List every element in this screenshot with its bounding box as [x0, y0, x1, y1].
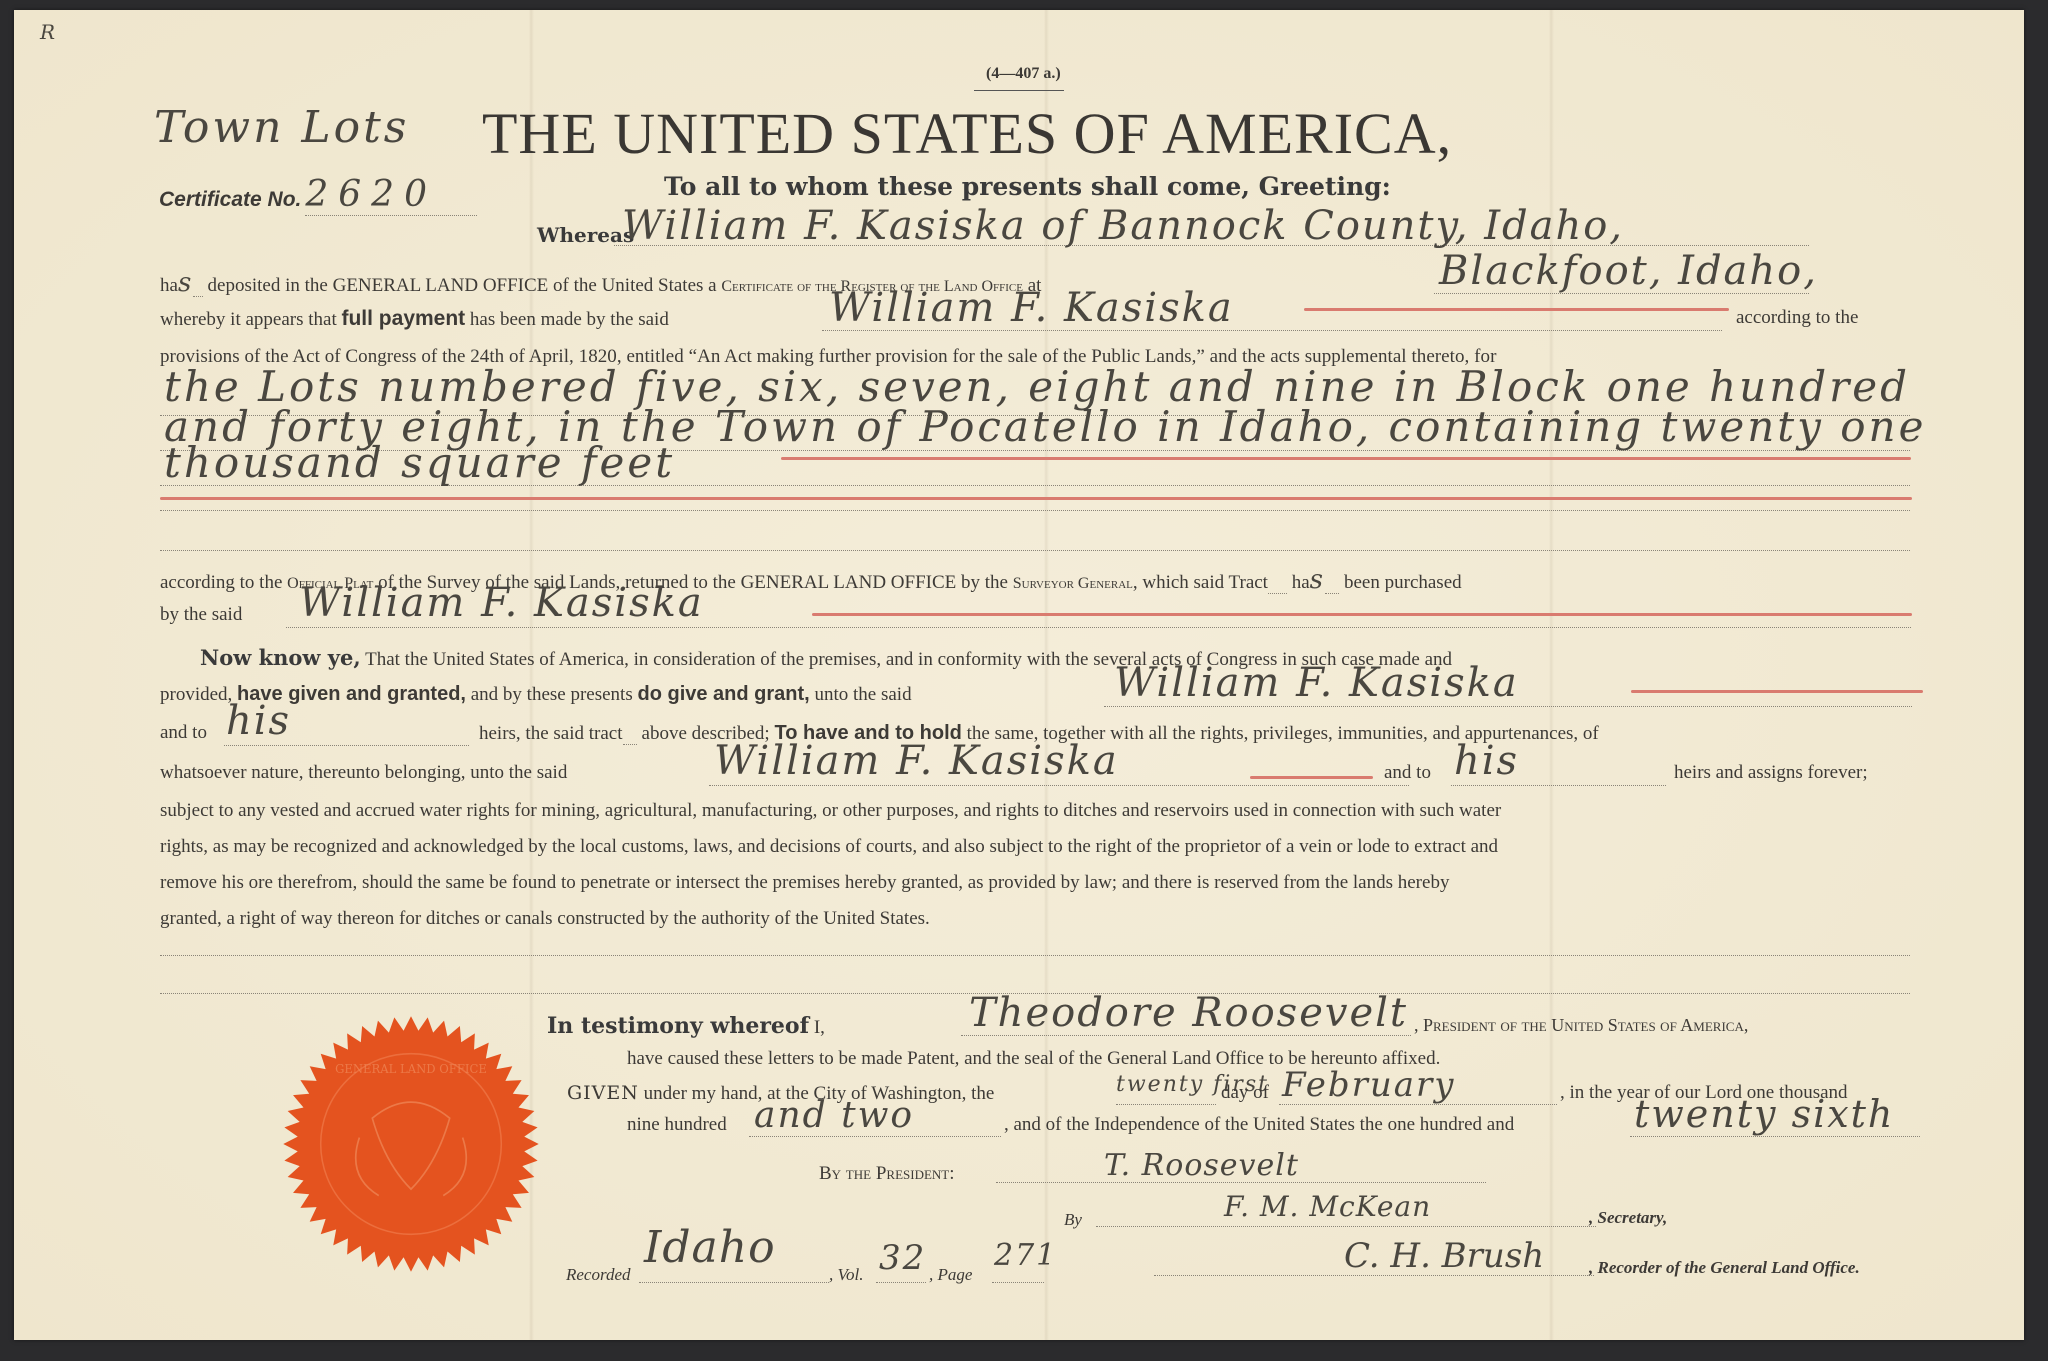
page-title: THE UNITED STATES OF AMERICA,	[482, 100, 1452, 167]
subject-line-3: remove his ore therefrom, should the sam…	[160, 872, 1449, 894]
land-office-location: Blackfoot, Idaho,	[1439, 248, 1818, 294]
by-the-said-label: by the said	[160, 604, 242, 626]
day-of-label: day of	[1221, 1082, 1269, 1104]
president-signature: T. Roosevelt	[1104, 1148, 1299, 1183]
subject-line-1: subject to any vested and accrued water …	[160, 800, 1501, 822]
seal-icon: GENERAL LAND OFFICE	[282, 1015, 540, 1273]
purchaser-name: William F. Kasiska	[299, 580, 704, 626]
heirs-assigns-text: heirs and assigns forever;	[1674, 762, 1868, 784]
recorder-signature: C. H. Brush	[1344, 1236, 1544, 1276]
vol-label: , Vol.	[829, 1265, 863, 1285]
whereas-label: Whereas	[537, 223, 634, 247]
by-label: By	[1064, 1210, 1082, 1230]
svg-text:GENERAL LAND OFFICE: GENERAL LAND OFFICE	[335, 1062, 487, 1076]
year-value: and two	[754, 1095, 914, 1136]
grantee-name: William F. Kasiska	[1114, 660, 1519, 706]
page-label: , Page	[929, 1265, 972, 1285]
recorded-state: Idaho	[644, 1222, 776, 1273]
land-patent-document: R (4—407 a.) Town Lots Certificate No. 2…	[14, 10, 2024, 1340]
and-to-label: and to	[160, 722, 207, 744]
certificate-number-row: Certificate No. 2620	[159, 174, 477, 215]
recorded-label: Recorded	[566, 1265, 631, 1285]
recorder-title: , Recorder of the General Land Office.	[1589, 1258, 1860, 1278]
certificate-number: 2620	[305, 174, 477, 216]
heir-pronoun-1: his	[226, 698, 291, 744]
independence-text: , and of the Independence of the United …	[1004, 1114, 1514, 1136]
and-to-label-2: and to	[1384, 762, 1431, 784]
nine-hundred-label: nine hundred	[627, 1114, 727, 1136]
corner-mark: R	[40, 20, 57, 44]
whereby-line: whereby it appears that full payment has…	[160, 307, 669, 331]
description-line-3: thousand square feet	[164, 438, 675, 487]
form-number: (4—407 a.)	[986, 65, 1061, 83]
president-title: , President of the United States of Amer…	[1414, 1015, 1748, 1036]
certificate-label: Certificate No.	[159, 188, 301, 211]
whatsoever-label: whatsoever nature, thereunto belonging, …	[160, 762, 567, 784]
president-name: Theodore Roosevelt	[969, 990, 1408, 1036]
heir-pronoun-2: his	[1454, 738, 1519, 784]
according-text: according to the	[1736, 307, 1858, 329]
secretary-title: , Secretary,	[1589, 1208, 1667, 1228]
category-label: Town Lots	[154, 102, 409, 153]
secretary-signature: F. M. McKean	[1224, 1190, 1431, 1223]
vol-value: 32	[879, 1238, 926, 1278]
testimony-line: In testimony whereof I,	[547, 1013, 825, 1039]
independence-year: twenty sixth	[1634, 1092, 1894, 1136]
subject-line-2: rights, as may be recognized and acknowl…	[160, 836, 1498, 858]
by-president-label: By the President:	[819, 1163, 955, 1185]
grantee-name-2: William F. Kasiska	[714, 738, 1119, 784]
month-value: February	[1282, 1065, 1456, 1105]
whereas-value: William F. Kasiska of Bannock County, Id…	[622, 203, 1624, 249]
form-number-rule	[974, 90, 1064, 91]
subject-line-4: granted, a right of way thereon for ditc…	[160, 908, 930, 930]
payer-name: William F. Kasiska	[829, 285, 1234, 331]
page-value: 271	[994, 1238, 1057, 1273]
greeting: To all to whom these presents shall come…	[664, 172, 1391, 201]
